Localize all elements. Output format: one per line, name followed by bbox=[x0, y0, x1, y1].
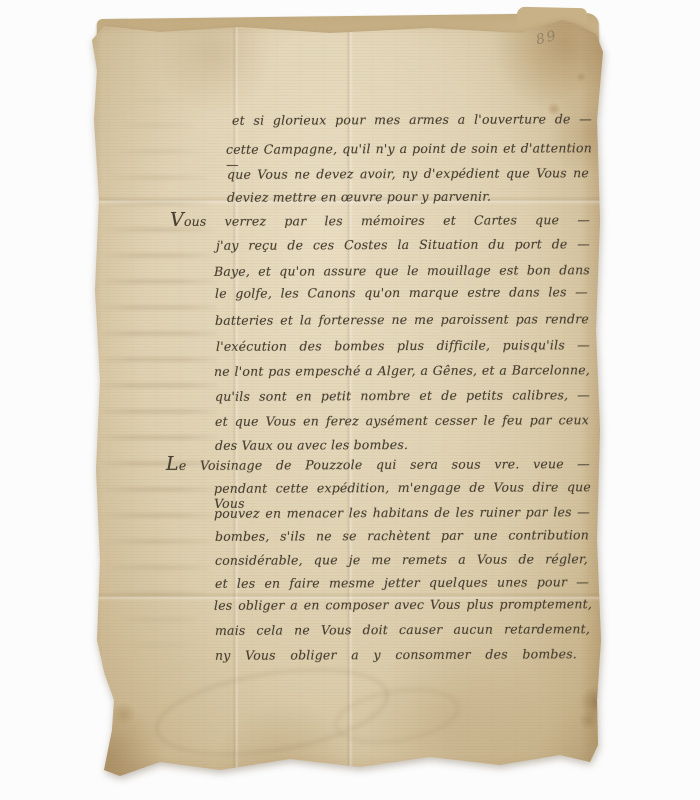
handwritten-line: le golfe, les Canons qu'on marque estre … bbox=[215, 284, 588, 312]
verso-ink-bleedthrough bbox=[100, 98, 218, 664]
handwritten-line: pendant cette expédition, m'engage de Vo… bbox=[214, 479, 591, 507]
handwritten-line: et si glorieux pour mes armes a l'ouvert… bbox=[232, 111, 592, 139]
manuscript-page: 89 et si glorieux pour mes armes a l'ouv… bbox=[84, 14, 606, 780]
handwritten-line: mais cela ne Vous doit causer aucun reta… bbox=[215, 621, 590, 649]
handwritten-line: ny Vous obliger a y consommer des bombes… bbox=[215, 646, 577, 674]
handwritten-line: les obliger a en composer avec Vous plus… bbox=[214, 596, 592, 624]
handwritten-line: cette Campagne, qu'il n'y a point de soi… bbox=[226, 140, 592, 168]
handwritten-line: Vous verrez par les mémoires et Cartes q… bbox=[170, 207, 590, 235]
handwritten-line: l'exécution des bombes plus difficile, p… bbox=[216, 337, 590, 365]
handwritten-line: qu'ils sont en petit nombre et de petits… bbox=[215, 387, 590, 415]
paper-wrap: 89 et si glorieux pour mes armes a l'ouv… bbox=[0, 0, 700, 800]
handwritten-line: batteries et la forteresse ne me paroiss… bbox=[215, 311, 589, 339]
handwritten-line: ne l'ont pas empesché a Alger, a Gênes, … bbox=[214, 362, 590, 390]
handwritten-line: Le Voisinage de Pouzzole qui sera sous v… bbox=[166, 451, 590, 479]
scan-background: 89 et si glorieux pour mes armes a l'ouv… bbox=[0, 0, 700, 800]
handwritten-line: j'ay reçu de ces Costes la Situation du … bbox=[216, 236, 590, 264]
